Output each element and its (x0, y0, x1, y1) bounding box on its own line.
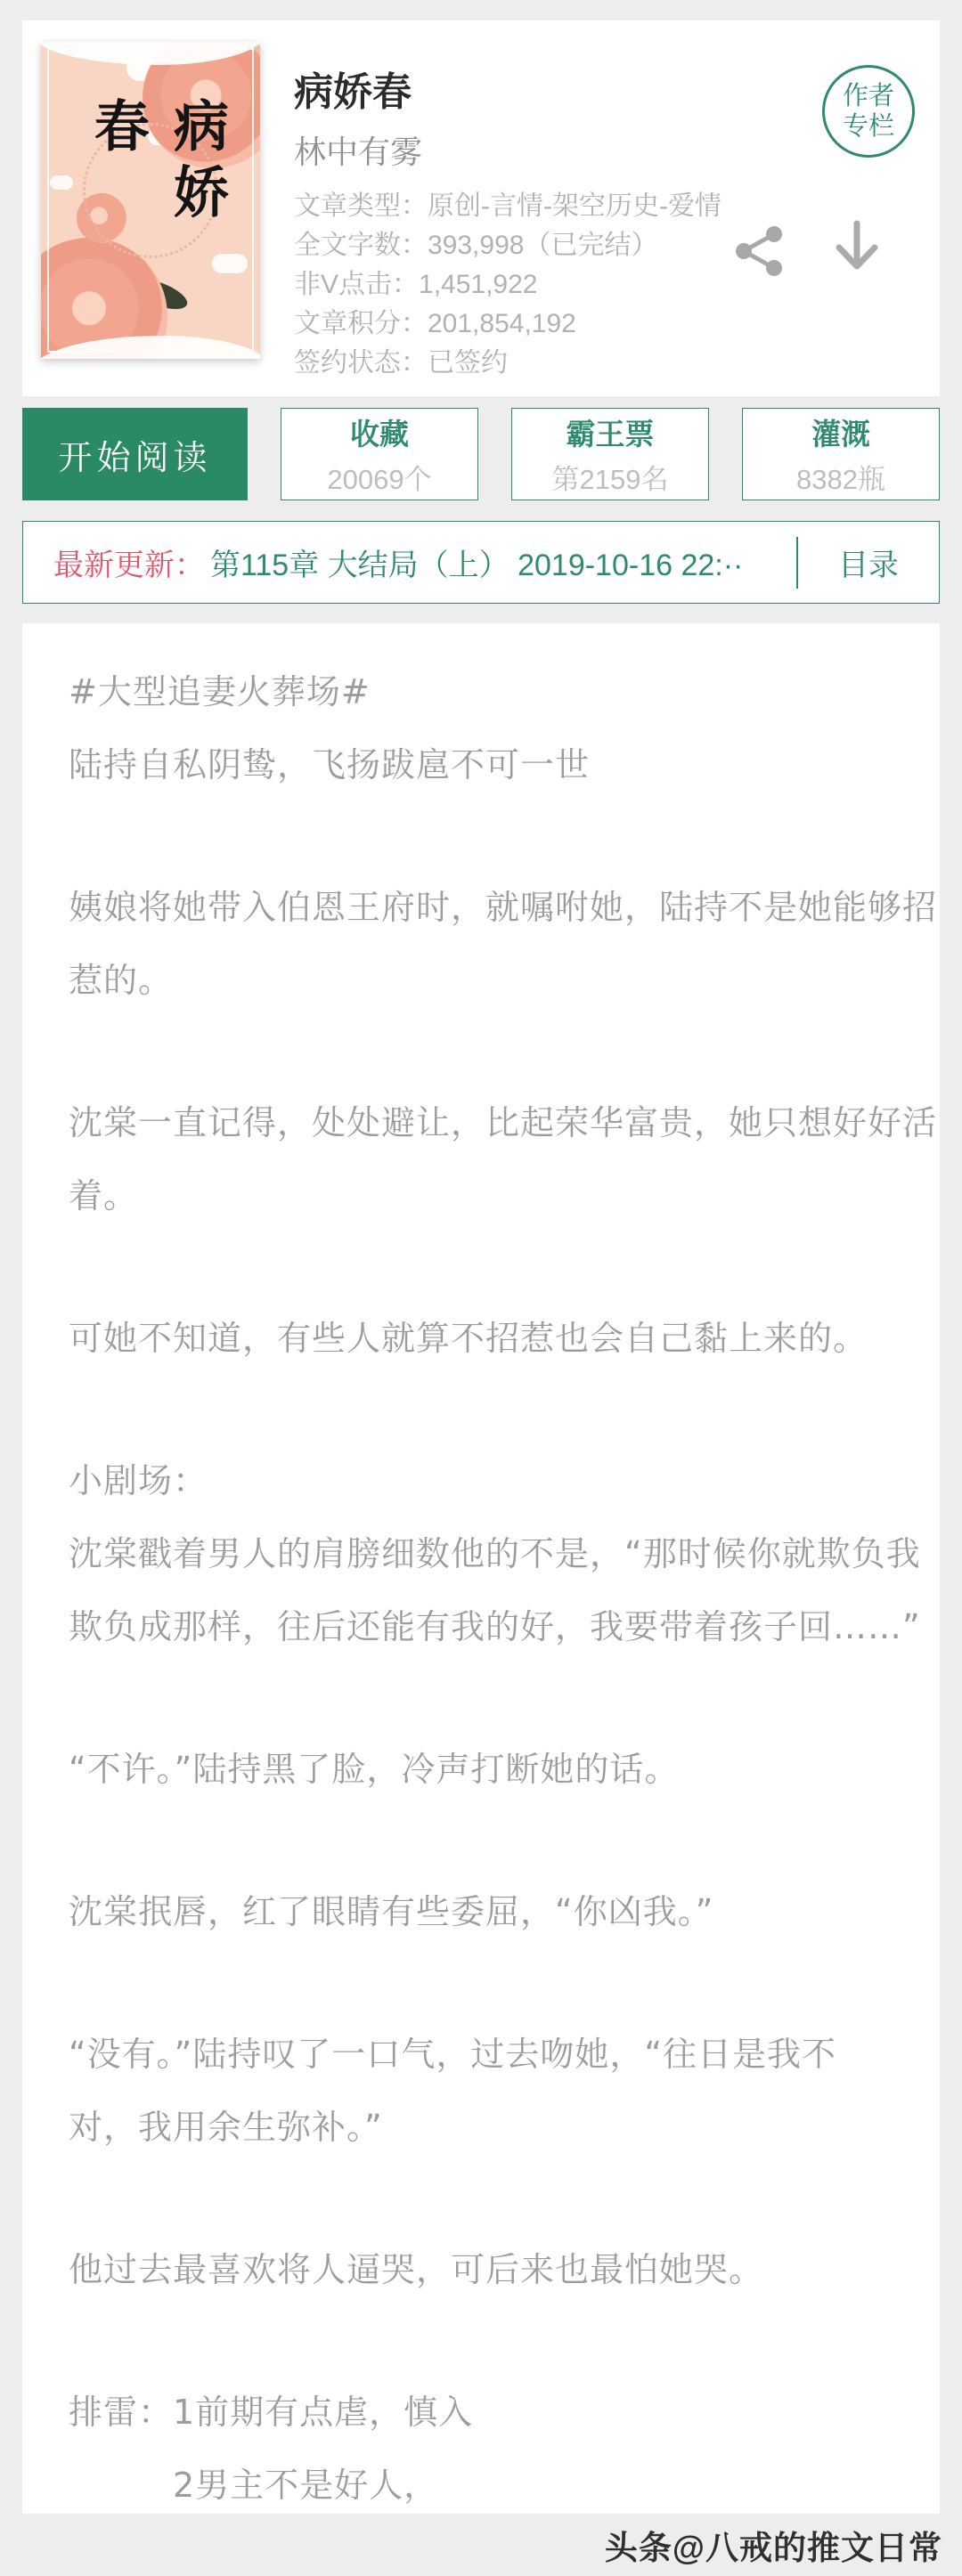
content-line: “没有。”陆持叹了一口气，过去吻她，“往日是我不 (69, 2018, 901, 2091)
book-author[interactable]: 林中有雾 (294, 127, 721, 173)
share-icon[interactable] (730, 222, 789, 285)
content-paragraph: 沈棠抿唇，红了眼睛有些委屈，“你凶我。” (69, 1875, 901, 1948)
book-info-card: 病娇春 病娇春 林中有雾 文章类型：原创-言情-架空历史-爱情 全文字数：393… (22, 20, 940, 396)
synopsis-content: #大型追妻火葬场#陆持自私阴鸷，飞扬跋扈不可一世姨娘将她带入伯恩王府时，就嘱咐她… (22, 623, 940, 2514)
book-info: 病娇春 林中有雾 文章类型：原创-言情-架空历史-爱情 全文字数：393,998… (294, 60, 721, 383)
collect-button[interactable]: 收藏 20069个 (281, 408, 478, 500)
content-line: 沈棠一直记得，处处避让，比起荣华富贵，她只想好好活 (69, 1086, 901, 1159)
book-cover[interactable]: 病娇春 (41, 42, 260, 359)
overlord-ticket-button[interactable]: 霸王票 第2159名 (511, 408, 709, 500)
content-paragraph: 可她不知道，有些人就算不招惹也会自己黏上来的。 (69, 1302, 901, 1375)
content-paragraph: “不许。”陆持黑了脸，冷声打断她的话。 (69, 1733, 901, 1806)
content-paragraph: 他过去最喜欢将人逼哭，可后来也最怕她哭。 (69, 2233, 901, 2306)
action-buttons-row: 开始阅读 收藏 20069个 霸王票 第2159名 灌溉 8382瓶 (22, 408, 940, 500)
meta-contract: 签约状态：已签约 (294, 344, 721, 383)
badge-line2: 专栏 (843, 111, 894, 142)
content-line: 姨娘将她带入伯恩王府时，就嘱咐她，陆持不是她能够招 (69, 871, 901, 944)
content-line: 惹的。 (69, 944, 901, 1017)
book-meta: 文章类型：原创-言情-架空历史-爱情 全文字数：393,998（已完结） 非V点… (294, 187, 721, 383)
collect-count: 20069个 (327, 457, 431, 497)
irrigate-label: 灌溉 (811, 411, 870, 453)
spacer (0, 396, 962, 408)
content-line: 着。 (69, 1159, 901, 1232)
overlord-ticket-rank: 第2159名 (552, 457, 669, 497)
content-paragraph: 排雷：1前期有点虐，慎入 2男主不是好人， (69, 2376, 901, 2514)
content-line: 2男主不是好人， (69, 2449, 901, 2514)
latest-update-label: 最新更新： (53, 540, 205, 584)
meta-clicks: 非V点击：1,451,922 (294, 265, 721, 305)
content-line: 沈棠抿唇，红了眼睛有些委屈，“你凶我。” (69, 1875, 901, 1948)
collect-label: 收藏 (350, 411, 409, 453)
author-column-badge[interactable]: 作者 专栏 (822, 65, 915, 158)
top-margin (0, 0, 962, 20)
content-line: “不许。”陆持黑了脸，冷声打断她的话。 (69, 1733, 901, 1806)
irrigate-button[interactable]: 灌溉 8382瓶 (742, 408, 940, 500)
novel-detail-page: 病娇春 病娇春 林中有雾 文章类型：原创-言情-架空历史-爱情 全文字数：393… (0, 0, 962, 2576)
meta-points: 文章积分：201,854,192 (294, 305, 721, 344)
content-line: 他过去最喜欢将人逼哭，可后来也最怕她哭。 (69, 2233, 901, 2306)
badge-line1: 作者 (843, 81, 894, 111)
content-line: 对，我用余生弥补。” (69, 2091, 901, 2164)
content-line: 可她不知道，有些人就算不招惹也会自己黏上来的。 (69, 1302, 901, 1375)
book-title: 病娇春 (294, 60, 721, 117)
download-icon[interactable] (831, 220, 883, 280)
content-line: 欺负成那样，往后还能有我的好，我要带着孩子回……” (69, 1590, 901, 1663)
spacer (0, 604, 962, 623)
content-line: #大型追妻火葬场# (69, 655, 901, 728)
content-line: 沈棠戳着男人的肩膀细数他的不是，“那时候你就欺负我 (69, 1517, 901, 1590)
content-paragraph: #大型追妻火葬场#陆持自私阴鸷，飞扬跋扈不可一世 (69, 655, 901, 801)
content-paragraph: 小剧场：沈棠戳着男人的肩膀细数他的不是，“那时候你就欺负我欺负成那样，往后还能有… (69, 1444, 901, 1663)
spacer (0, 500, 962, 521)
latest-update-bar: 最新更新： 第115章 大结局（上） 2019-10-16 22:·· 目录 (22, 521, 940, 604)
table-of-contents-link[interactable]: 目录 (798, 540, 939, 584)
content-paragraph: 沈棠一直记得，处处避让，比起荣华富贵，她只想好好活着。 (69, 1086, 901, 1232)
start-reading-button[interactable]: 开始阅读 (22, 408, 248, 500)
meta-genre: 文章类型：原创-言情-架空历史-爱情 (294, 187, 721, 226)
content-line: 陆持自私阴鸷，飞扬跋扈不可一世 (69, 728, 901, 801)
content-line: 小剧场： (69, 1444, 901, 1517)
toutiao-watermark: 头条@八戒的推文日常 (605, 2521, 942, 2569)
content-paragraph: 姨娘将她带入伯恩王府时，就嘱咐她，陆持不是她能够招惹的。 (69, 871, 901, 1017)
content-paragraph: “没有。”陆持叹了一口气，过去吻她，“往日是我不对，我用余生弥补。” (69, 2018, 901, 2164)
footer: 头条@八戒的推文日常 (0, 2514, 962, 2576)
content-line: 排雷：1前期有点虐，慎入 (69, 2376, 901, 2449)
latest-chapter-link[interactable]: 第115章 大结局（上） 2019-10-16 22:·· (210, 540, 743, 584)
irrigate-count: 8382瓶 (796, 457, 885, 497)
overlord-ticket-label: 霸王票 (567, 411, 655, 453)
cover-inner-frame (47, 48, 254, 353)
meta-wordcount: 全文字数：393,998（已完结） (294, 226, 721, 265)
